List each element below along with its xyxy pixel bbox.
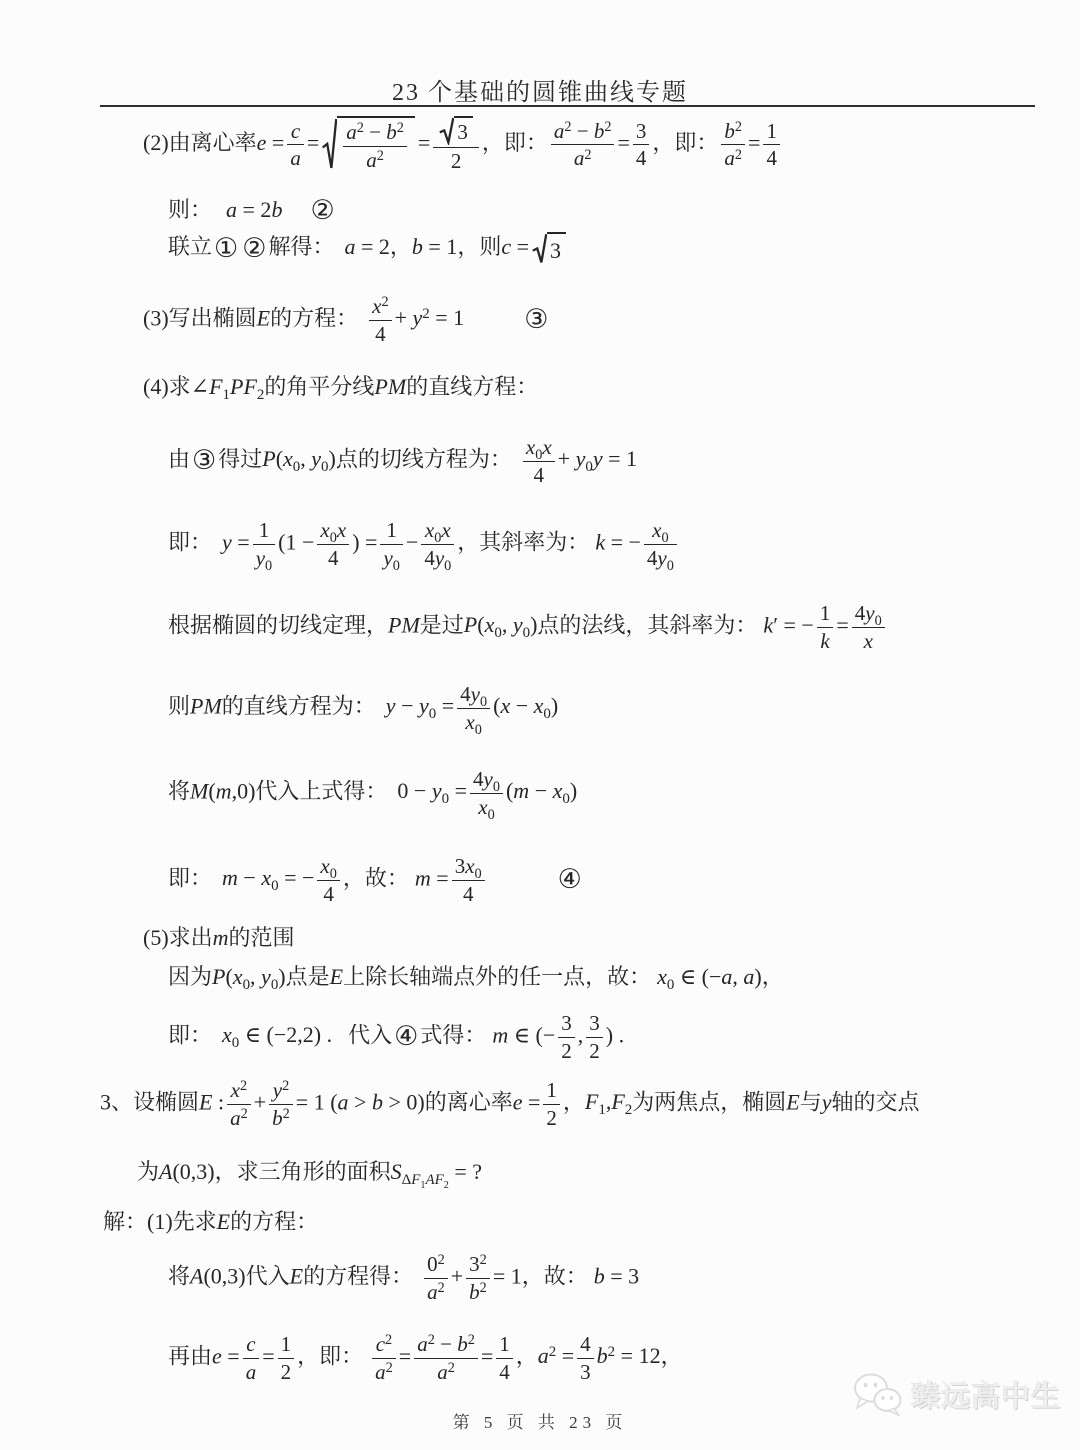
- math-run: 4y0: [460, 682, 487, 706]
- fraction: 32: [558, 1011, 575, 1064]
- math-chars: a: [246, 1360, 257, 1384]
- math-run: 1: [386, 518, 397, 542]
- math-chars: x: [500, 693, 510, 718]
- math-chars: ): [329, 446, 336, 471]
- math-run: x2: [372, 294, 388, 318]
- text-run: ，: [762, 964, 784, 989]
- math-chars: ,: [250, 964, 261, 989]
- fraction-bar: [278, 1358, 295, 1359]
- math-chars: 1: [420, 1180, 425, 1191]
- text-run: ，: [661, 1343, 683, 1368]
- text-run: 的方程：: [270, 305, 358, 330]
- fraction-numerator: c: [243, 1332, 258, 1357]
- math-run: a: [290, 146, 301, 170]
- fraction-denominator: 3: [577, 1360, 594, 1385]
- math-chars: 2: [386, 1360, 393, 1376]
- math-chars: m: [513, 778, 529, 803]
- fraction-bar: [496, 1358, 513, 1359]
- fraction: 14: [763, 119, 780, 172]
- math-chars: 4: [328, 546, 339, 570]
- math-chars: E: [257, 305, 270, 330]
- math-run: E: [786, 1089, 799, 1114]
- math-run: a2: [366, 148, 384, 172]
- math-chars: b: [272, 1106, 283, 1130]
- math-run: =: [748, 130, 760, 155]
- fraction: 4y0x0: [457, 682, 490, 735]
- fraction-numerator: x2: [228, 1078, 250, 1103]
- math-chars: m: [213, 925, 229, 950]
- text-run: 点是: [286, 964, 330, 989]
- math-chars: b: [594, 1263, 605, 1288]
- text-run: 是过: [420, 612, 464, 637]
- fraction-numerator: 02: [424, 1252, 448, 1277]
- fraction-bar: [466, 1278, 490, 1279]
- fraction-numerator: 3x0: [452, 854, 485, 879]
- text-run: 即：: [168, 865, 212, 890]
- fraction-denominator: 4: [372, 322, 389, 347]
- math-chars: =: [556, 1343, 574, 1368]
- math-chars: 3: [469, 1252, 480, 1276]
- fraction-bar: [243, 1358, 260, 1359]
- math-chars: −: [571, 119, 593, 143]
- fraction-denominator: x0: [462, 710, 484, 735]
- fraction: x2a2: [227, 1078, 251, 1131]
- math-chars: y: [576, 446, 586, 471]
- math-chars: 0: [330, 530, 337, 546]
- sqrt-radical: 3: [532, 232, 566, 266]
- math-run: 4y0: [647, 546, 674, 570]
- math-run: c: [291, 119, 300, 143]
- math-chars: 2: [257, 387, 264, 403]
- math-chars: ,: [300, 446, 311, 471]
- math-run: 4y0: [473, 767, 500, 791]
- math-run: 3: [457, 120, 468, 144]
- math-chars: ): [278, 964, 285, 989]
- math-chars: 2: [608, 1344, 615, 1360]
- text-run: 根据椭圆的切线定理，: [168, 612, 388, 637]
- math-run: x0 ∈ (−a, a): [657, 964, 762, 989]
- text-run: 上除长轴端点外的任一点，故：: [343, 964, 651, 989]
- fraction-bar: [372, 1358, 396, 1359]
- math-chars: x: [261, 865, 271, 890]
- text-run: 解得：: [268, 234, 334, 259]
- math-chars: =: [836, 612, 848, 637]
- math-run: a2: [375, 1360, 393, 1384]
- fraction: 1y0: [253, 518, 275, 571]
- fraction: x0x4y0: [421, 518, 454, 571]
- math-chars: −: [435, 1332, 457, 1356]
- math-chars: 0: [661, 530, 668, 546]
- math-chars: y: [256, 546, 265, 570]
- fraction-bar: [424, 1278, 448, 1279]
- fraction: x04: [317, 854, 339, 907]
- text-run: ，求三角形的面积: [215, 1159, 391, 1184]
- text-run: 将: [168, 1263, 190, 1288]
- math-chars: 4: [534, 463, 545, 487]
- math-chars: y: [513, 612, 523, 637]
- math-run: a = 2: [344, 234, 389, 259]
- fraction: 1k: [817, 601, 834, 654]
- math-chars: 0: [475, 722, 482, 738]
- fraction-bar: [551, 144, 615, 145]
- line-sec2: (2)由离心率e =ca=a2 − b2a2=32，即：a2 − b2a2=34…: [143, 116, 783, 174]
- math-chars: b: [457, 1332, 468, 1356]
- math-chars: a: [230, 1106, 241, 1130]
- math-chars: a: [226, 197, 237, 222]
- math-chars: PM: [388, 612, 420, 637]
- math-chars: m: [222, 865, 238, 890]
- math-chars: 4: [580, 1332, 591, 1356]
- fraction: c2a2: [372, 1332, 396, 1385]
- math-chars: x: [337, 518, 346, 542]
- math-run: e =: [257, 130, 285, 155]
- fraction-numerator: 1: [543, 1078, 560, 1103]
- math-chars: A: [190, 1263, 203, 1288]
- math-run: 3: [636, 119, 647, 143]
- fraction: 12: [278, 1332, 295, 1385]
- sqrt-body: a2 − b2a2: [337, 116, 415, 174]
- math-chars: ) .: [606, 1022, 624, 1047]
- fraction-numerator: x0: [317, 854, 339, 879]
- math-chars: 2: [480, 1252, 487, 1268]
- math-chars: a: [338, 1089, 349, 1114]
- fraction-denominator: 4: [633, 146, 650, 171]
- math-run: 3: [580, 1360, 591, 1384]
- math-chars: 2: [422, 306, 429, 322]
- math-chars: 2: [549, 1344, 556, 1360]
- math-chars: 4: [647, 546, 658, 570]
- math-run: ,: [578, 1022, 584, 1047]
- math-chars: ) =: [352, 529, 377, 554]
- math-run: SΔF1AF2 = ?: [391, 1159, 482, 1184]
- math-chars: 2: [281, 1360, 292, 1384]
- text-run: (4)求: [143, 374, 191, 399]
- text-run: 代入: [246, 1263, 290, 1288]
- math-run: 1: [820, 601, 831, 625]
- math-chars: x: [478, 795, 487, 819]
- math-chars: 3: [636, 119, 647, 143]
- line-tangent: 由③得过P(x0, y0)点的切线方程为：x0x4+ y0y = 1: [168, 435, 637, 488]
- math-run: x0: [320, 854, 336, 878]
- text-run: (5)求出: [143, 925, 213, 950]
- math-chars: y: [222, 529, 232, 554]
- math-chars: PM: [190, 693, 222, 718]
- line-problem3-cont: 为A(0,3)，求三角形的面积SΔF1AF2 = ?: [137, 1157, 482, 1186]
- fraction-numerator: 4y0: [457, 682, 490, 707]
- math-run: 4y0: [424, 546, 451, 570]
- math-chars: S: [391, 1159, 402, 1184]
- fraction-numerator: c2: [373, 1332, 395, 1357]
- fraction: 4y0x: [852, 601, 885, 654]
- fraction-denominator: 4: [763, 146, 780, 171]
- math-run: 4: [580, 1332, 591, 1356]
- fraction: 4y0x0: [470, 767, 503, 820]
- fraction: 34: [633, 119, 650, 172]
- math-run: ∠F1PF2: [191, 374, 265, 399]
- math-run: b2 = 12: [597, 1343, 661, 1368]
- math-run: =: [262, 1343, 274, 1368]
- math-run: 0 − y0 =: [397, 778, 467, 803]
- math-chars: y: [822, 1089, 832, 1114]
- math-run: 1: [499, 1332, 510, 1356]
- math-chars: y: [484, 767, 493, 791]
- math-run: 02: [427, 1252, 445, 1276]
- line-m-formula: 即：m − x0 = −x04，故：m =3x04④: [168, 854, 584, 907]
- text-run: 将: [168, 778, 190, 803]
- math-run: m: [213, 925, 229, 950]
- math-chars: 0: [265, 558, 272, 574]
- text-run: 点的切线方程为：: [336, 446, 512, 471]
- text-run: 为: [137, 1159, 159, 1184]
- fraction: 32: [433, 116, 479, 174]
- radical-icon: [322, 117, 337, 173]
- fraction-numerator: 1: [817, 601, 834, 626]
- fraction-numerator: 3: [433, 116, 479, 146]
- fraction-denominator: b2: [269, 1106, 293, 1131]
- math-chars: 0: [321, 459, 328, 475]
- math-chars: 4: [636, 146, 647, 170]
- math-chars: y: [311, 446, 321, 471]
- math-chars: k: [820, 629, 829, 653]
- fraction: 32b2: [466, 1252, 490, 1305]
- math-run: 4: [328, 546, 339, 570]
- math-run: +: [254, 1089, 266, 1114]
- math-chars: x: [864, 629, 873, 653]
- math-chars: b: [724, 119, 735, 143]
- fraction-numerator: a2 − b2: [551, 119, 615, 144]
- line-sec5: (5)求出m的范围: [143, 923, 295, 952]
- fraction-numerator: 4: [577, 1332, 594, 1357]
- math-chars: y: [386, 693, 396, 718]
- math-chars: a: [375, 1360, 386, 1384]
- math-chars: 4: [766, 146, 777, 170]
- fraction-numerator: a2 − b2: [343, 120, 407, 145]
- math-chars: ,: [578, 1022, 584, 1047]
- math-chars: =: [748, 130, 760, 155]
- math-chars: 0: [667, 558, 674, 574]
- math-run: + y2 = 1: [395, 305, 465, 330]
- fraction-numerator: 4y0: [852, 601, 885, 626]
- math-chars: = ?: [449, 1159, 482, 1184]
- math-chars: +: [254, 1089, 266, 1114]
- fraction-bar: [633, 144, 650, 145]
- math-chars: x: [465, 854, 474, 878]
- fraction-numerator: 4y0: [470, 767, 503, 792]
- math-chars: +: [451, 1263, 463, 1288]
- math-run: 4: [463, 882, 474, 906]
- math-chars: =: [617, 130, 629, 155]
- fraction-numerator: a2 − b2: [414, 1332, 478, 1357]
- math-chars: +: [558, 446, 576, 471]
- fraction-bar: [433, 147, 479, 148]
- text-run: 的方程：: [230, 1209, 318, 1234]
- math-run: a2: [574, 146, 592, 170]
- line-problem3: 3、设椭圆E :x2a2+y2b2= 1 (a > b > 0)的离心率e =1…: [100, 1078, 920, 1131]
- math-run: b2: [272, 1106, 290, 1130]
- fraction-denominator: a2: [434, 1360, 458, 1385]
- math-chars: −: [364, 120, 386, 144]
- math-run: y: [822, 1089, 832, 1114]
- fraction-numerator: 1: [278, 1332, 295, 1357]
- fraction-denominator: 2: [278, 1360, 295, 1385]
- math-chars: (: [276, 446, 283, 471]
- math-run: c2: [376, 1332, 392, 1356]
- text-run: 的离心率: [425, 1089, 513, 1114]
- math-chars: b: [412, 234, 423, 259]
- math-chars: 0: [523, 625, 530, 641]
- math-chars: 2: [385, 1332, 392, 1348]
- math-run: y − y0 =: [386, 693, 454, 718]
- fraction-bar: [577, 1358, 594, 1359]
- math-run: x: [864, 629, 873, 653]
- math-chars: 4: [473, 767, 484, 791]
- math-chars: −: [510, 693, 533, 718]
- math-run: PM: [190, 693, 222, 718]
- math-chars: y: [383, 546, 392, 570]
- math-chars: 1: [820, 601, 831, 625]
- math-chars: 0: [330, 866, 337, 882]
- math-run: 3x0: [455, 854, 482, 878]
- math-run: a2: [724, 146, 742, 170]
- sqrt-radical: 3: [439, 116, 473, 146]
- math-chars: 0: [427, 1252, 438, 1276]
- math-run: a2 − b2: [417, 1332, 475, 1356]
- fraction-numerator: 3: [586, 1011, 603, 1036]
- fraction: a2 − b2a2: [343, 120, 407, 173]
- fraction-denominator: a2: [721, 146, 745, 171]
- fraction: 43: [577, 1332, 594, 1385]
- math-chars: 0: [488, 807, 495, 823]
- text-run: 即：: [168, 529, 212, 554]
- math-chars: =: [436, 693, 454, 718]
- math-run: a2 − b2: [554, 119, 612, 143]
- math-chars: 0: [232, 1035, 239, 1051]
- math-chars: >: [349, 1089, 372, 1114]
- math-chars: 2: [468, 1332, 475, 1348]
- math-run: y =: [222, 529, 250, 554]
- fraction-denominator: a2: [372, 1360, 396, 1385]
- math-run: E: [330, 964, 343, 989]
- line-m-range: 即：x0 ∈ (−2,2) .代入④式得：m ∈ (−32,32) .: [168, 1011, 624, 1064]
- math-chars: = 1: [430, 305, 464, 330]
- math-chars: ,0): [232, 778, 256, 803]
- math-chars: 1: [281, 1332, 292, 1356]
- math-chars: (0,3): [172, 1159, 214, 1184]
- math-run: m =: [415, 865, 449, 890]
- fraction-denominator: 2: [586, 1039, 603, 1064]
- math-chars: P: [262, 446, 275, 471]
- fraction-bar: [343, 146, 407, 147]
- math-run: E :: [199, 1089, 224, 1114]
- math-run: k′ = −: [763, 612, 813, 637]
- math-chars: = 2: [237, 197, 271, 222]
- math-chars: = 3: [605, 1263, 639, 1288]
- text-run: ，即：: [482, 130, 548, 155]
- math-chars: x: [526, 435, 535, 459]
- math-chars: E: [290, 1263, 303, 1288]
- math-chars: F: [585, 1089, 598, 1114]
- math-run: a2: [437, 1360, 455, 1384]
- line-solve-a: 再由e =ca=12，即：c2a2=a2 − b2a2=14，a2 =43b2 …: [168, 1332, 683, 1385]
- line-solution3: 解：(1)先求E的方程：: [103, 1207, 318, 1236]
- text-run: ，即：: [652, 130, 718, 155]
- fraction-bar: [721, 144, 745, 145]
- fraction-denominator: 2: [558, 1039, 575, 1064]
- fraction-bar: [543, 1104, 560, 1105]
- math-run: k: [820, 629, 829, 653]
- text-run: ，即：: [297, 1343, 363, 1368]
- fraction-numerator: 1: [256, 518, 273, 543]
- math-chars: =: [232, 529, 250, 554]
- math-run: y0: [256, 546, 272, 570]
- fraction-bar: [369, 320, 391, 321]
- math-run: (1 −: [278, 529, 314, 554]
- math-chars: P: [212, 964, 225, 989]
- math-chars: 2: [444, 1180, 449, 1191]
- math-chars: 1: [499, 1332, 510, 1356]
- math-run: E: [257, 305, 270, 330]
- fraction-denominator: a: [287, 146, 304, 171]
- math-chars: 2: [480, 1280, 487, 1296]
- watermark-text: 臻远高中生: [911, 1374, 1061, 1415]
- math-chars: m: [216, 778, 232, 803]
- text-run: 式得：: [420, 1022, 486, 1047]
- math-chars: ,: [502, 612, 513, 637]
- text-run: 轴的交点: [832, 1089, 920, 1114]
- text-run: 3、设椭圆: [100, 1089, 199, 1114]
- math-run: A(0,3): [159, 1159, 215, 1184]
- math-chars: 2: [625, 1102, 632, 1118]
- math-chars: 4: [424, 546, 435, 570]
- math-chars: 2: [428, 1332, 435, 1348]
- math-chars: =: [522, 1089, 540, 1114]
- fraction-bar: [586, 1037, 603, 1038]
- math-chars: e: [257, 130, 267, 155]
- math-chars: = 1: [423, 234, 457, 259]
- math-chars: a: [290, 146, 301, 170]
- fraction-bar: [558, 1037, 575, 1038]
- text-run: 的方程得：: [303, 1263, 413, 1288]
- math-chars: PF: [230, 374, 257, 399]
- math-chars: 2: [240, 1078, 247, 1094]
- math-chars: a: [366, 148, 377, 172]
- text-run: 与: [800, 1089, 822, 1114]
- math-run: 2: [451, 149, 462, 173]
- math-chars: 2: [735, 119, 742, 135]
- math-chars: y: [273, 1078, 282, 1102]
- math-chars: = 1 (: [296, 1089, 338, 1114]
- fraction: 14: [496, 1332, 513, 1385]
- math-chars: 2: [564, 119, 571, 135]
- fraction-numerator: c: [288, 119, 303, 144]
- math-chars: AF: [425, 1172, 443, 1188]
- math-run: a2: [427, 1280, 445, 1304]
- fraction-numerator: 3: [558, 1011, 575, 1036]
- math-chars: =: [481, 1343, 493, 1368]
- math-chars: F: [611, 1089, 624, 1114]
- math-chars: 2: [377, 148, 384, 164]
- sqrt-radical: a2 − b2a2: [322, 116, 415, 174]
- fraction-denominator: 2: [448, 149, 465, 174]
- sqrt-body: 3: [547, 232, 566, 266]
- math-chars: a: [743, 964, 754, 989]
- math-run: 4: [534, 463, 545, 487]
- fraction: x24: [369, 294, 391, 347]
- circled-number: ①: [214, 233, 238, 264]
- math-chars: x: [283, 446, 293, 471]
- math-chars: c: [246, 1332, 255, 1356]
- math-chars: 2: [561, 1039, 572, 1063]
